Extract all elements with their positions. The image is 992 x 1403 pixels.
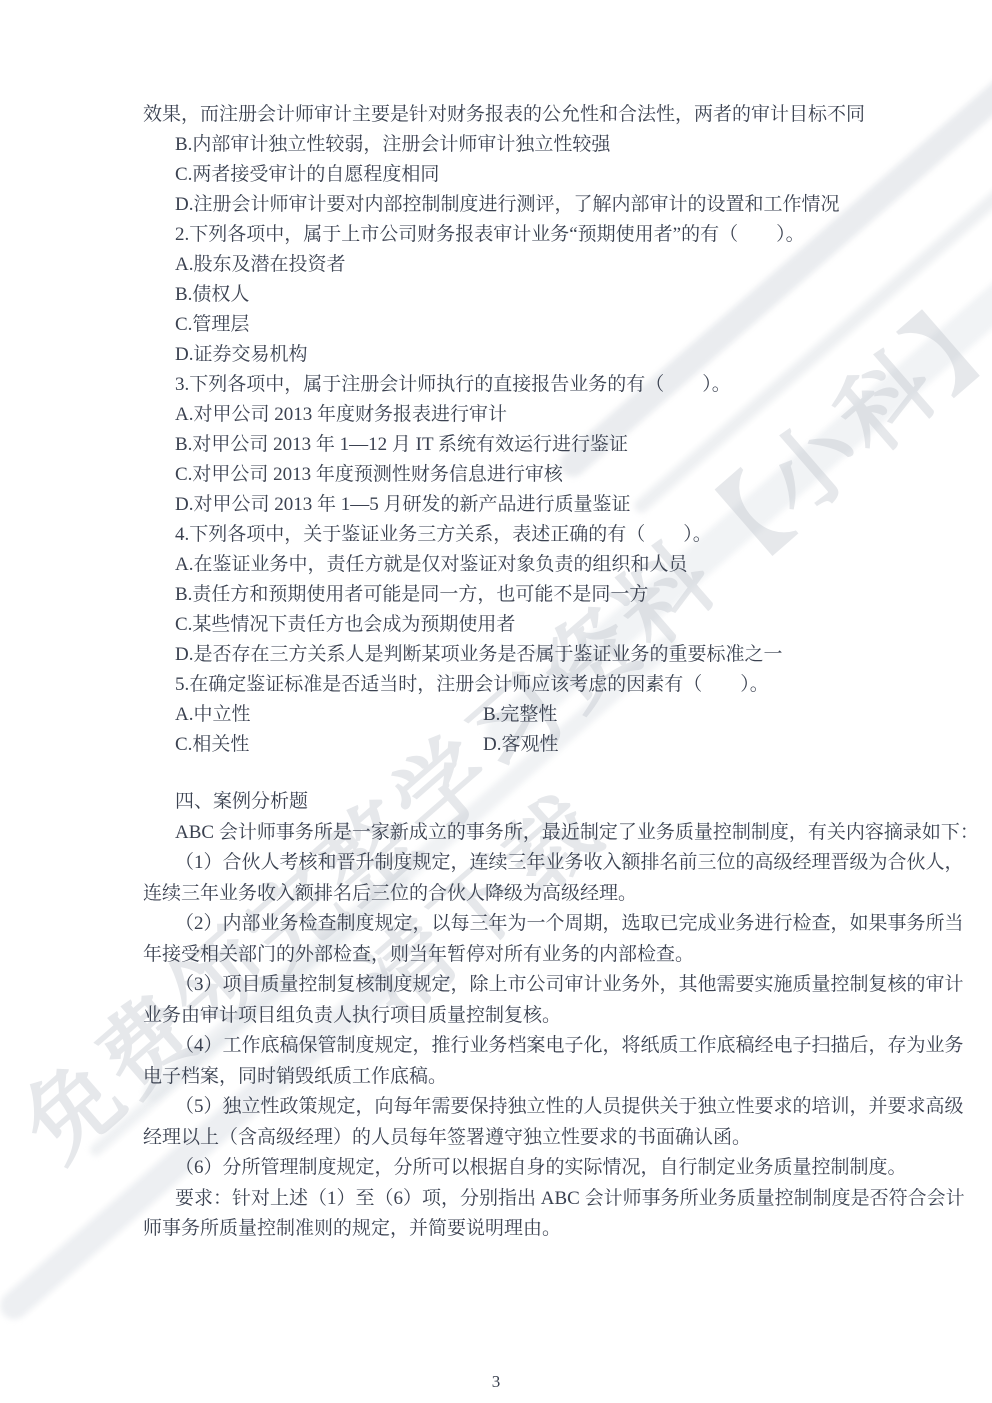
option-line: B.责任方和预期使用者可能是同一方，也可能不是同一方 [143, 580, 859, 610]
option-line: C.两者接受审计的自愿程度相同 [143, 160, 859, 190]
case-analysis-section: 四、案例分析题 ABC 会计师事务所是一家新成立的事务所，最近制定了业务质量控制… [143, 787, 859, 1245]
case-line: 师事务所质量控制准则的规定，并简要说明理由。 [143, 1214, 859, 1245]
section-heading: 四、案例分析题 [143, 787, 859, 818]
option-line: C.管理层 [143, 310, 859, 340]
case-line: 连续三年业务收入额排名后三位的合伙人降级为高级经理。 [143, 879, 859, 910]
question-line: 4.下列各项中，关于鉴证业务三方关系，表述正确的有（ ）。 [143, 520, 859, 550]
option-line: C.对甲公司 2013 年度预测性财务信息进行审核 [143, 460, 859, 490]
option-line: D.证券交易机构 [143, 340, 859, 370]
option-line: D.对甲公司 2013 年 1—5 月研发的新产品进行质量鉴证 [143, 490, 859, 520]
option-line: B.对甲公司 2013 年 1—12 月 IT 系统有效运行进行鉴证 [143, 430, 859, 460]
case-line: 业务由审计项目组负责人执行项目质量控制复核。 [143, 1001, 859, 1032]
option-b: B.完整性 [483, 700, 557, 730]
option-line: A.股东及潜在投资者 [143, 250, 859, 280]
case-line: ABC 会计师事务所是一家新成立的事务所，最近制定了业务质量控制制度，有关内容摘… [143, 818, 859, 849]
question-line: 5.在确定鉴证标准是否适当时，注册会计师应该考虑的因素有（ ）。 [143, 670, 859, 700]
option-line: D.注册会计师审计要对内部控制制度进行测评，了解内部审计的设置和工作情况 [143, 190, 859, 220]
text-line: 效果，而注册会计师审计主要是针对财务报表的公允性和合法性，两者的审计目标不同 [143, 100, 859, 130]
section-gap [143, 760, 859, 787]
option-line: C.某些情况下责任方也会成为预期使用者 [143, 610, 859, 640]
option-d: D.客观性 [483, 730, 558, 760]
option-c: C.相关性 [175, 730, 249, 760]
case-line: 要求：针对上述（1）至（6）项，分别指出 ABC 会计师事务所业务质量控制制度是… [143, 1184, 859, 1215]
options-row: C.相关性 D.客观性 [143, 730, 859, 760]
page-number: 3 [0, 1372, 992, 1392]
options-row: A.中立性 B.完整性 [143, 700, 859, 730]
question-line: 3.下列各项中，属于注册会计师执行的直接报告业务的有（ ）。 [143, 370, 859, 400]
case-line: （1）合伙人考核和晋升制度规定，连续三年业务收入额排名前三位的高级经理晋级为合伙… [143, 848, 859, 879]
document-page: 免费领完整学习资料【小科】APP 清下载 效果，而注册会计师审计主要是针对财务报… [0, 0, 992, 1403]
option-line: B.内部审计独立性较弱，注册会计师审计独立性较强 [143, 130, 859, 160]
case-line: （5）独立性政策规定，向每年需要保持独立性的人员提供关于独立性要求的培训，并要求… [143, 1092, 859, 1123]
option-a: A.中立性 [175, 700, 250, 730]
case-line: 年接受相关部门的外部检查，则当年暂停对所有业务的内部检查。 [143, 940, 859, 971]
option-line: A.在鉴证业务中，责任方就是仅对鉴证对象负责的组织和人员 [143, 550, 859, 580]
question-line: 2.下列各项中，属于上市公司财务报表审计业务“预期使用者”的有（ ）。 [143, 220, 859, 250]
option-line: A.对甲公司 2013 年度财务报表进行审计 [143, 400, 859, 430]
case-line: （3）项目质量控制复核制度规定，除上市公司审计业务外，其他需要实施质量控制复核的… [143, 970, 859, 1001]
case-line: 电子档案，同时销毁纸质工作底稿。 [143, 1062, 859, 1093]
case-line: 经理以上（含高级经理）的人员每年签署遵守独立性要求的书面确认函。 [143, 1123, 859, 1154]
option-line: B.债权人 [143, 280, 859, 310]
page-content: 效果，而注册会计师审计主要是针对财务报表的公允性和合法性，两者的审计目标不同 B… [143, 100, 859, 1245]
case-line: （4）工作底稿保管制度规定，推行业务档案电子化，将纸质工作底稿经电子扫描后，存为… [143, 1031, 859, 1062]
option-line: D.是否存在三方关系人是判断某项业务是否属于鉴证业务的重要标准之一 [143, 640, 859, 670]
case-line: （2）内部业务检查制度规定，以每三年为一个周期，选取已完成业务进行检查，如果事务… [143, 909, 859, 940]
case-line: （6）分所管理制度规定，分所可以根据自身的实际情况，自行制定业务质量控制制度。 [143, 1153, 859, 1184]
